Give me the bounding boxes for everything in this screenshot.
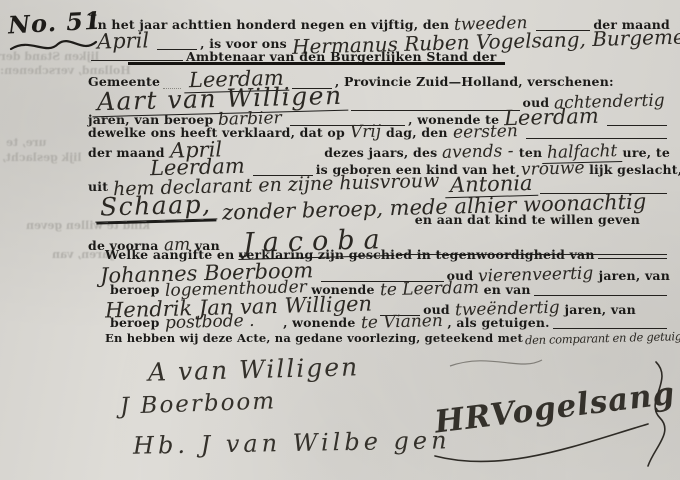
line-slot: En hebben wij deze Acte, na gedane voorl… [105,331,670,345]
handwritten-witness2-occupation: postbode . [159,311,259,334]
blank-line [553,326,667,329]
handwritten-witness2-residence: te Vianen [355,311,447,333]
printed-welke-aangifte: Welke aangifte en verklaring zijn geschi… [105,247,595,262]
line-kind-geven: en aan dat kind te willen geven [380,212,640,227]
printed-slot: En hebben wij deze Acte, na gedane voorl… [105,331,523,345]
handwritten-signed-with: den comparant en de getuigen [523,329,680,348]
bleedthrough-text: lijk geslacht, [2,151,82,164]
signature-witness2: Hb. J van Wilbe gen [133,426,451,460]
printed-wonende2: , wonende [283,315,355,330]
thick-rule [128,62,505,65]
signature-declarant: A van Willigen [148,352,360,387]
signature-officer: HRVogelsang [433,375,677,440]
printed-beroep2: beroep [110,315,160,330]
scanned-birth-certificate: No. 51 lijken Stand der Holland, versche… [0,0,680,480]
handwritten-mother-surname: Schaap, [95,189,217,222]
printed-en-aan-kind: en aan dat kind te willen geven [415,212,640,227]
signature-witness1: J Boerboom [120,388,277,419]
blank-line [598,256,667,259]
printed-als-getuigen: , als getuigen. [447,315,549,330]
line-getuige2-beroep: beroep postbode . , wonende te Vianen , … [110,312,670,332]
bleedthrough-text: ure, te [6,136,47,149]
blank-line [91,58,183,61]
bleedthrough-text: lijken Stand der [0,50,99,63]
line-getuigen-intro: Welke aangifte en verklaring zijn geschi… [105,247,670,262]
